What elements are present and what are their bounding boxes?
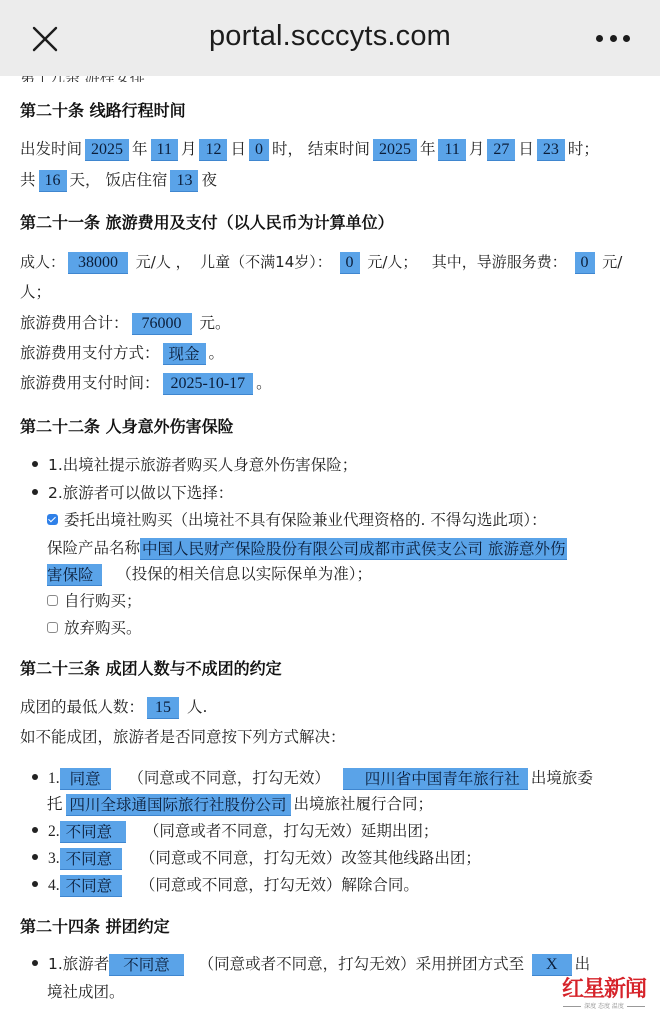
more-options-icon[interactable] [596, 28, 630, 48]
nights-field[interactable]: 13 [170, 170, 198, 192]
agency-field[interactable]: 四川省中国青年旅行社 [343, 768, 528, 790]
delegate-agency-field[interactable]: 四川全球通国际旅行社股份公司 [66, 794, 291, 816]
unit: 月 [181, 140, 197, 158]
resolution-question: 如不能成团，旅游者是否同意按下列方式解决： [20, 725, 346, 749]
resolution-item-2: 2.不同意 （同意或者不同意，打勾无效）延期出团； [32, 819, 438, 844]
item-note: （同意或不同意，打勾无效）解除合同。 [140, 876, 419, 894]
pay-time-label: 旅游费用支付时间： [20, 374, 160, 392]
price-row: 成人：38000 元/人 ， 儿童（不满14岁）： 0 元/人； 其中，导游服务… [20, 250, 622, 274]
bullet [32, 854, 38, 860]
choice-field[interactable]: 同意 [60, 768, 111, 790]
price-row-cont: 人； [20, 280, 51, 304]
min-people-field[interactable]: 15 [147, 697, 179, 719]
end-hour-field[interactable]: 23 [537, 139, 565, 161]
article-20-title: 第二十条 线路行程时间 [20, 98, 186, 121]
insurance-item-2: 2.旅游者可以做以下选择： [32, 481, 233, 505]
bullet [32, 881, 38, 887]
unit: 月 [469, 140, 485, 158]
depart-hour-field[interactable]: 0 [249, 139, 269, 161]
unit: 年 [132, 140, 148, 158]
watermark-slogan: 深度 态度 温度 [556, 1003, 652, 1011]
end-label: 结束时间 [308, 140, 370, 158]
resolution-item-3: 3.不同意 （同意或不同意，打勾无效）改签其他线路出团； [32, 846, 481, 871]
hotel-label: 饭店住宿 [105, 171, 167, 189]
end-year-field[interactable]: 2025 [373, 139, 417, 161]
page-url-title: portal.scccyts.com [0, 20, 660, 53]
insurance-product-row-2: 害保险 （投保的相关信息以实际保单为准）； [47, 562, 372, 586]
unit: 夜 [201, 171, 217, 189]
article-22-title: 第二十二条 人身意外伤害保险 [20, 414, 234, 437]
punct: 。 [209, 344, 225, 362]
unit: 年 [420, 140, 436, 158]
child-label: 儿童（不满14岁）： [200, 253, 332, 271]
insurance-option-decline[interactable]: 放弃购买。 [47, 616, 142, 640]
pay-date-field[interactable]: 2025-10-17 [163, 373, 254, 395]
depart-day-field[interactable]: 12 [199, 139, 227, 161]
item-num: 3. [48, 850, 60, 867]
checkbox-checked[interactable] [47, 514, 58, 525]
item-text: 1.出境社提示旅游者购买人身意外伤害保险； [48, 456, 357, 474]
item-note: （同意或者不同意，打勾无效）采用拼团方式至 [199, 955, 525, 973]
unit: 日 [518, 140, 534, 158]
unit: 元。 [199, 314, 230, 332]
group-merge-item-1: 1.旅游者不同意 （同意或者不同意，打勾无效）采用拼团方式至 X出 [32, 952, 590, 976]
bullet [32, 827, 38, 833]
merge-choice-field[interactable]: 不同意 [109, 954, 184, 976]
unit: 天， [70, 171, 101, 189]
insurance-option-self[interactable]: 自行购买； [47, 589, 142, 613]
resolution-item-1-cont: 托四川全球通国际旅行社股份公司出境旅社履行合同； [47, 792, 433, 816]
adult-label: 成人： [20, 253, 65, 271]
article-24-title: 第二十四条 拼团约定 [20, 914, 170, 937]
depart-label: 出发时间 [20, 140, 82, 158]
insurance-product-field-cont[interactable]: 害保险 [47, 564, 102, 586]
min-people-row: 成团的最低人数：15 人. [20, 695, 207, 719]
unit: 日 [230, 140, 246, 158]
bullet [32, 489, 38, 495]
merge-target-field[interactable]: X [532, 954, 572, 976]
days-field[interactable]: 16 [39, 170, 67, 192]
item-text: 出 [575, 955, 591, 973]
group-merge-item-1-cont: 境社成团。 [47, 980, 125, 1004]
item-note: （同意或者不同意，打勾无效）延期出团； [144, 822, 439, 840]
guide-fee-label: 其中，导游服务费： [432, 253, 567, 271]
article-23-title: 第二十三条 成团人数与不成团的约定 [20, 656, 282, 679]
depart-year-field[interactable]: 2025 [85, 139, 129, 161]
item-num: 4. [48, 877, 60, 894]
total-field[interactable]: 76000 [132, 313, 192, 335]
item-text: 2.旅游者可以做以下选择： [48, 484, 233, 502]
insurance-product-row: 保险产品名称 中国人民财产保险股份有限公司成都市武侯支公司 旅游意外伤 [47, 536, 567, 560]
bullet [32, 774, 38, 780]
option-label: 放弃购买。 [64, 619, 142, 637]
unit: 时； [568, 140, 599, 158]
unit: 元/ [602, 253, 622, 271]
browser-top-bar: portal.scccyts.com [0, 0, 660, 76]
resolution-item-1: 1.同意 （同意或不同意，打勾无效） 四川省中国青年旅行社出境旅委 [32, 766, 593, 791]
bullet [32, 960, 38, 966]
choice-field[interactable]: 不同意 [60, 875, 123, 897]
end-day-field[interactable]: 27 [487, 139, 515, 161]
min-people-label: 成团的最低人数： [20, 698, 144, 716]
product-label: 保险产品名称 [47, 539, 140, 557]
adult-price-field[interactable]: 38000 [68, 252, 128, 274]
total-row: 旅游费用合计：76000 元。 [20, 311, 230, 335]
unit: 时， [272, 140, 303, 158]
depart-end-time-row: 出发时间2025年11月12日0时， 结束时间2025年11月27日23时； [20, 137, 599, 161]
news-watermark-logo: 红星新闻 深度 态度 温度 [556, 976, 652, 1011]
punct: 。 [256, 374, 272, 392]
pay-method-row: 旅游费用支付方式：现金。 [20, 341, 224, 365]
checkbox-unchecked[interactable] [47, 622, 58, 633]
item-num: 1. [48, 770, 60, 787]
checkbox-unchecked[interactable] [47, 595, 58, 606]
label: 共 [20, 171, 36, 189]
item-num: 2. [48, 823, 60, 840]
pay-method-label: 旅游费用支付方式： [20, 344, 160, 362]
end-month-field[interactable]: 11 [438, 139, 465, 161]
unit: 人. [187, 698, 207, 716]
pay-time-row: 旅游费用支付时间：2025-10-17。 [20, 371, 272, 395]
bullet [32, 461, 38, 467]
pay-method-field[interactable]: 现金 [163, 343, 206, 365]
item-note: （同意或不同意，打勾无效）改签其他线路出团； [140, 849, 481, 867]
article-21-title: 第二十一条 旅游费用及支付（以人民币为计算单位） [20, 210, 394, 233]
item-text: 1.旅游者 [48, 955, 109, 973]
days-nights-row: 共16天， 饭店住宿13夜 [20, 168, 217, 192]
option-label: 委托出境社购买（出境社不具有保险兼业代理资格的. 不得勾选此项）： [64, 511, 547, 529]
guide-fee-field[interactable]: 0 [575, 252, 595, 274]
depart-month-field[interactable]: 11 [151, 139, 178, 161]
unit: 元/人 ， [136, 253, 191, 271]
insurance-item-1: 1.出境社提示旅游者购买人身意外伤害保险； [32, 453, 357, 477]
product-note: （投保的相关信息以实际保单为准）； [116, 565, 372, 583]
choice-field[interactable]: 不同意 [60, 848, 123, 870]
item-text: 出境旅社履行合同； [294, 795, 434, 813]
insurance-product-field[interactable]: 中国人民财产保险股份有限公司成都市武侯支公司 旅游意外伤 [140, 538, 567, 560]
resolution-item-4: 4.不同意 （同意或不同意，打勾无效）解除合同。 [32, 873, 419, 898]
item-text: 托 [47, 795, 63, 813]
item-note: （同意或不同意，打勾无效） [128, 769, 330, 787]
child-price-field[interactable]: 0 [340, 252, 360, 274]
total-label: 旅游费用合计： [20, 314, 129, 332]
unit: 元/人； [367, 253, 417, 271]
choice-field[interactable]: 不同意 [60, 821, 127, 843]
watermark-title: 红星新闻 [556, 976, 652, 1002]
insurance-option-agency[interactable]: 委托出境社购买（出境社不具有保险兼业代理资格的. 不得勾选此项）： [47, 508, 547, 532]
option-label: 自行购买； [64, 592, 142, 610]
item-text: 出境旅委 [531, 769, 593, 787]
